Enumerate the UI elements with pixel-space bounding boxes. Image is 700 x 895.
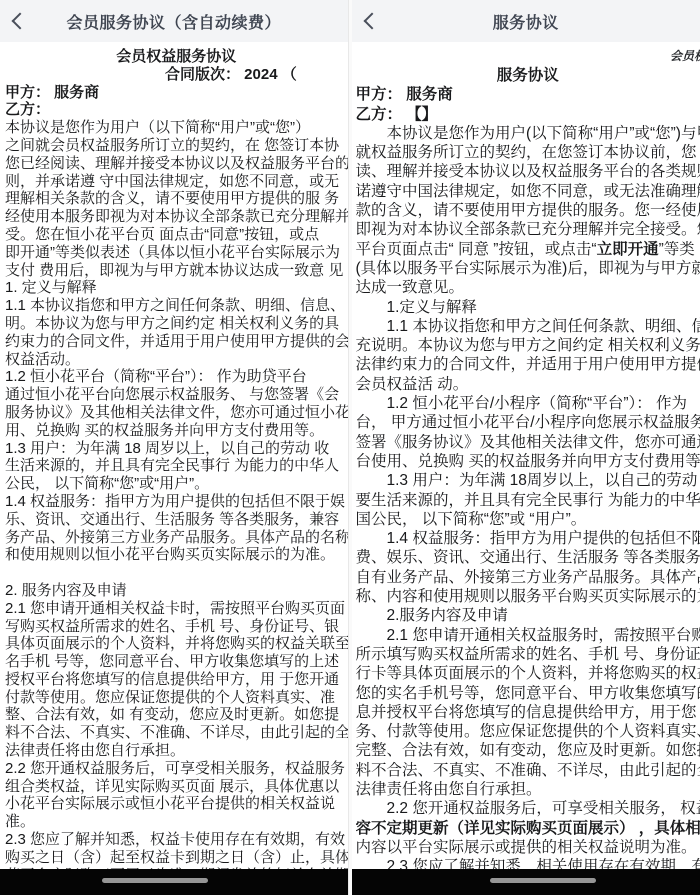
doc-line: 名手机 号等，您同意平台、甲方收集您填写的上述	[5, 653, 348, 671]
home-indicator[interactable]	[490, 878, 596, 883]
doc-line: 费、娱乐、资讯、交通出行、生活服务 等各类服务	[356, 548, 700, 567]
doc-line: 法律责任将由您自行承担。	[356, 780, 700, 799]
left-appbar: 会员服务协议（含自动续费）	[0, 0, 348, 42]
doc-line: 1.定义与解释	[356, 298, 700, 317]
doc-line: 写购买权益所需求的姓名、手机 号、身份证号、银	[5, 618, 348, 636]
doc-line: 务、付款等使用。您应保证您提供的个人资料真实、	[356, 722, 700, 741]
doc-line: 经使用本服务即视为对本协议全部条款已充分理解并	[5, 208, 348, 226]
doc-line: 容不定期更新（详见实际购买页面展示） ，具体相	[356, 819, 700, 838]
doc-line: 充说明。本协议为您与甲方之间约定 相关权利义务	[356, 336, 700, 355]
doc-line: 读、理解并接受本协议以及权益服务平台的各类规则	[356, 162, 700, 181]
doc-line: 生活来源的，并且具有完全民事行 为能力的中华人	[5, 457, 348, 475]
doc-line: 所示填写购买权益所需求的姓名、手机 号、身份证	[356, 645, 700, 664]
doc-line: 台使用、兑换购 买的权益服务并向甲方支付费用等	[356, 452, 700, 471]
contract-version: 合同版次： 2024 （	[5, 66, 348, 84]
doc-line: 1.4 权益服务：指甲方为用户提供的包括但不限	[356, 529, 700, 548]
doc-line: 就权益服务所订立的契约，在您签订本协议前，您	[356, 143, 700, 162]
doc-line: 2.服务内容及申请	[356, 606, 700, 625]
doc-line: (具体以服务平台实际展示为准)后，即视为与甲方就	[356, 259, 700, 278]
doc-line: 2.1 您申请开通相关权益服务时，需按照平台购	[356, 626, 700, 645]
doc-line: 1.3 用户：为年满 18 周岁以上，以自己的劳动 收	[5, 440, 348, 458]
doc-line: 即开通”等类似表述（具体以恒小花平台实际展示为	[5, 244, 348, 262]
doc-body: 本协议是您作为用户(以下简称“用户”或“您”)与甲就权益服务所订立的契约，在您签…	[356, 124, 700, 877]
doc-line: 1.2 恒小花平台（简称“平台”）： 作为助贷平台	[5, 368, 348, 386]
screenshot-pair: 会员服务协议（含自动续费） 会员权益服务协议 合同版次： 2024 （ 甲方： …	[0, 0, 700, 895]
doc-body: 本协议是您作为用户（以下简称“用户”或“您”）之间就会员权益服务所订立的契约，在…	[5, 119, 348, 895]
party-a: 甲方： 服务商	[5, 84, 348, 102]
doc-line: 内容以平台实际展示或提供的相关权益说明为准。	[356, 838, 700, 857]
doc-title: 服务协议	[356, 66, 700, 85]
left-document-scroll[interactable]: 会员权益服务协议 合同版次： 2024 （ 甲方： 服务商 乙方： 本协议是您作…	[0, 42, 348, 895]
corner-watermark-text: 会员权	[362, 47, 700, 66]
doc-line: 务产品、外接第三方业务产品服务。具体产品的名称	[5, 529, 348, 547]
doc-line: 组合类权益，详见实际购买页面 展示，具体优惠以	[5, 778, 348, 796]
doc-line: 具体页面展示的个人资料，并将您购买的权益关联至	[5, 635, 348, 653]
doc-line: 本协议是您作为用户(以下简称“用户”或“您”)与甲	[356, 124, 700, 143]
back-icon[interactable]	[12, 13, 29, 30]
right-screen: 服务协议 会员权 服务协议 甲方： 服务商 乙方： 【】 本协议是您作为用户(以…	[352, 0, 700, 895]
home-indicator[interactable]	[102, 878, 208, 883]
doc-line: 您已经阅读、理解并接受本协议以及权益服务平台的	[5, 155, 348, 173]
doc-line: 国公民， 以下简称“您”或 “用户”。	[356, 510, 700, 529]
doc-line: 2. 服务内容及申请	[5, 582, 348, 600]
doc-line: 签署《服务协议》及其他相关法律文件，您亦可通过	[356, 433, 700, 452]
right-document-scroll[interactable]: 会员权 服务协议 甲方： 服务商 乙方： 【】 本协议是您作为用户(以下简称“用…	[352, 42, 700, 876]
doc-line: 1.1 本协议指您和甲方之间任何条款、明细、信	[356, 317, 700, 336]
doc-line: 付款等使用。您应保证您提供的个人资料真实、准	[5, 689, 348, 707]
doc-line: 1.3 用户：为年满 18周岁以上，以自己的劳动 收	[356, 471, 700, 490]
doc-line: 1.2 恒小花平台/小程序（简称“平台”）： 作为	[356, 394, 700, 413]
doc-line: 2.1 您申请开通相关权益卡时，需按照平台购买页面	[5, 600, 348, 618]
doc-line: 您的实名手机号等，您同意平台、甲方收集您填写的	[356, 684, 700, 703]
doc-line: 整、合法有效，如 有变动，您应及时更新。如您提	[5, 706, 348, 724]
doc-line: 达成一致意见。	[356, 278, 700, 297]
doc-line: 会员权益活 动。	[356, 375, 700, 394]
doc-line: 料不合法、不真实、不准确、不详尽，由此引起的全	[356, 761, 700, 780]
doc-line: 平台页面点击“ 同意 ”按钮，或点击“立即开通”等类	[356, 240, 700, 259]
doc-line: 支付 费用后，即视为与甲方就本协议达成一致意 见	[5, 262, 348, 280]
doc-line: 1. 定义与解释	[5, 279, 348, 297]
doc-line: 法律约束力的合同文件，并适用于用户使用甲方提供	[356, 355, 700, 374]
right-appbar: 服务协议	[352, 0, 700, 42]
doc-line: 理解相关条款的含义，请不要使用甲方提供的服 务	[5, 190, 348, 208]
back-icon[interactable]	[363, 13, 380, 30]
doc-line: 用、兑换购 买的权益服务并向甲方支付费用等。	[5, 422, 348, 440]
doc-line: 购买之日（含）起至权益卡到期之日（含）止，具体	[5, 849, 348, 867]
doc-line: 本协议是您作为用户（以下简称“用户”或“您”）	[5, 119, 348, 137]
right-page-title: 服务协议	[493, 10, 559, 33]
doc-line: 称、内容和使用规则以服务平台购买页实际展示的为	[356, 587, 700, 606]
doc-line: 公民， 以下简称“您”或“用户”。	[5, 475, 348, 493]
doc-line: 料不合法、不真实、不准确、不详尽，由此引起的全	[5, 724, 348, 742]
doc-line: 2.2 您开通权益服务后，可享受相关服务，权益服务	[5, 760, 348, 778]
doc-line: 行卡等具体页面展示的个人资料，并将您购买的权益	[356, 664, 700, 683]
doc-line: 服务协议》及其他相关法律文件，您亦可通过恒小花	[5, 404, 348, 422]
doc-line: 台， 甲方通过恒小花平台/小程序向您展示权益服务	[356, 413, 700, 432]
doc-line: 明。本协议为您与甲方之间约定 相关权利义务的具	[5, 315, 348, 333]
system-nav-bar	[0, 869, 348, 895]
doc-line: 自有业务产品、外接第三方业务产品服务。具体产品	[356, 568, 700, 587]
doc-line: 之间就会员权益服务所订立的契约，在 您签订本协	[5, 137, 348, 155]
doc-line: 通过恒小花平台向您展示权益服务、 与您签署《会	[5, 386, 348, 404]
party-a: 甲方： 服务商	[356, 85, 700, 104]
doc-line: 受。您在恒小花平台页 面点击“同意”按钮，或点	[5, 226, 348, 244]
doc-line: 则，并承诺遵 守中国法律规定，如您不同意，或无	[5, 173, 348, 191]
doc-line: 1.4 权益服务：指甲方为用户提供的包括但不限于娱	[5, 493, 348, 511]
doc-line	[5, 564, 348, 582]
left-page-title: 会员服务协议（含自动续费）	[66, 10, 281, 33]
doc-line: 诺遵守中国法律规定，如您不同意，或无法准确理解	[356, 182, 700, 201]
doc-line: 准。	[5, 813, 348, 831]
doc-line: 授权平台将您填写的信息提供给甲方，用 于您开通	[5, 671, 348, 689]
party-b: 乙方：	[5, 101, 348, 119]
doc-line: 完整、合法有效，如有变动，您应及时更新。如您提	[356, 741, 700, 760]
system-nav-bar	[352, 869, 700, 895]
doc-line: 息并授权平台将您填写的信息提供给甲方，用于您	[356, 703, 700, 722]
left-screen: 会员服务协议（含自动续费） 会员权益服务协议 合同版次： 2024 （ 甲方： …	[0, 0, 348, 895]
doc-line: 和使用规则以恒小花平台购买页实际展示的为准。	[5, 546, 348, 564]
doc-line: 权益活动。	[5, 351, 348, 369]
doc-line: 款的含义，请不要使用甲方提供的服务。您一经使用	[356, 201, 700, 220]
doc-title: 会员权益服务协议	[5, 48, 348, 66]
doc-line: 法律责任将由您自行承担。	[5, 742, 348, 760]
doc-line: 即视为对本协议全部条款已充分理解并完全接受。您	[356, 220, 700, 239]
doc-line: 要生活来源的，并且具有完全民事行 为能力的中华人	[356, 491, 700, 510]
doc-line: 2.2 您开通权益服务后，可享受相关服务， 权益	[356, 799, 700, 818]
party-b: 乙方： 【】	[356, 105, 700, 124]
doc-line: 小花平台实际展示或恒小花平台提供的相关权益说	[5, 795, 348, 813]
doc-line: 约束力的合同文件，并适用于用户使用甲方提供的会	[5, 333, 348, 351]
doc-line: 1.1 本协议指您和甲方之间任何条款、明细、信息、	[5, 297, 348, 315]
doc-line: 乐、资讯、交通出行、生活服务 等各类服务，兼容	[5, 511, 348, 529]
doc-line: 2.3 您应了解并知悉，权益卡使用存在有效期，有效	[5, 831, 348, 849]
